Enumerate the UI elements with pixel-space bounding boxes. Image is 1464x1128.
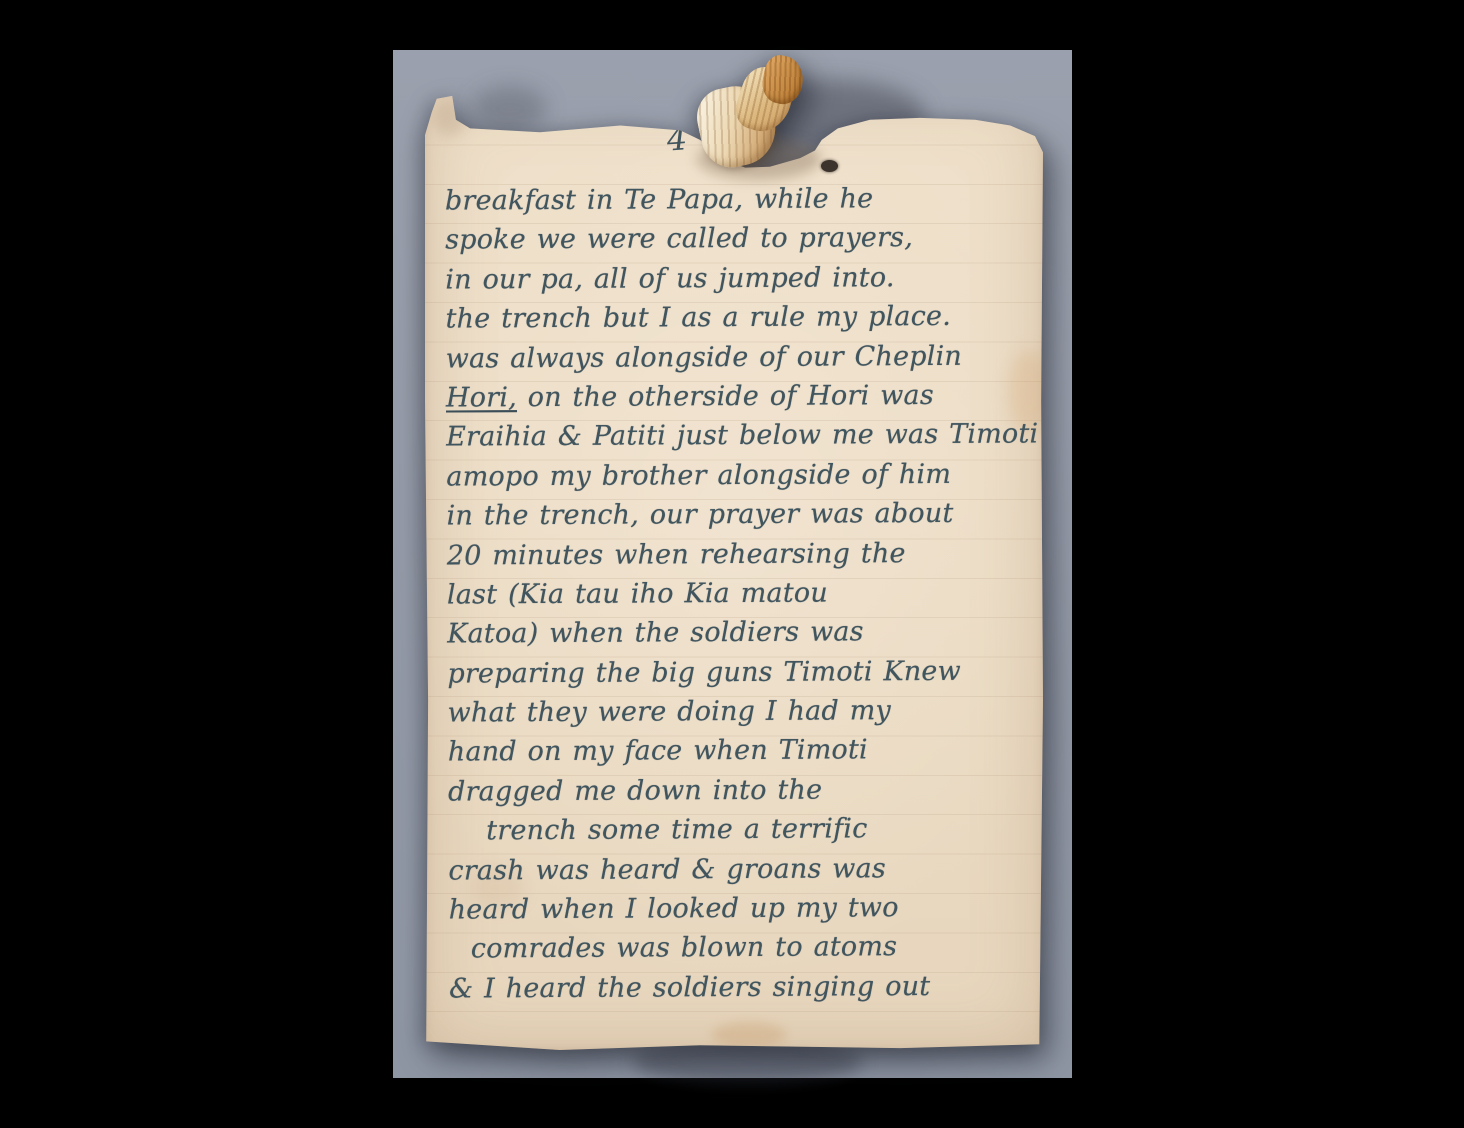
manuscript-line: in our pa, all of us jumped into. — [445, 257, 1031, 299]
text-segment: what they were doing I had my — [448, 695, 891, 728]
manuscript-line: comrades was blown to atoms — [449, 927, 1035, 969]
text-segment: crash was heard & groans was — [448, 853, 886, 886]
manuscript-line: last (Kia tau iho Kia matou — [447, 572, 1033, 614]
manuscript-line: trench some time a terrific — [448, 809, 1034, 851]
paper-sheet: 4 breakfast in Te Papa, while hespoke we… — [425, 92, 1043, 1050]
text-segment: & I heard the soldiers singing out — [449, 971, 930, 1005]
burn-spot — [821, 160, 838, 172]
text-segment: Katoa) when the soldiers was — [447, 617, 864, 650]
manuscript-line: was always alongside of our Cheplin — [446, 336, 1032, 378]
manuscript-line: 20 minutes when rehearsing the — [447, 533, 1033, 575]
text-segment: hand on my face when Timoti — [448, 735, 868, 768]
manuscript-page: 4 breakfast in Te Papa, while hespoke we… — [425, 92, 1043, 1050]
manuscript-text: breakfast in Te Papa, while hespoke we w… — [445, 178, 1035, 1008]
manuscript-line: what they were doing I had my — [448, 691, 1034, 733]
manuscript-line: Hori, on the otherside of Hori was — [446, 375, 1032, 417]
manuscript-line: the trench but I as a rule my place. — [445, 297, 1031, 339]
manuscript-line: dragged me down into the — [448, 769, 1034, 811]
text-segment: heard when I looked up my two — [449, 892, 899, 925]
text-segment: last (Kia tau iho Kia matou — [447, 577, 828, 610]
text-segment: preparing the big guns Timoti Knew — [447, 656, 961, 690]
paper-stain — [433, 100, 467, 136]
manuscript-line: spoke we were called to prayers, — [445, 218, 1031, 260]
text-segment: dragged me down into the — [448, 774, 822, 807]
text-segment: comrades was blown to atoms — [471, 932, 898, 965]
text-segment: spoke we were called to prayers, — [445, 222, 913, 255]
text-segment: 20 minutes when rehearsing the — [447, 538, 906, 571]
text-segment: breakfast in Te Papa, while he — [445, 183, 874, 216]
scanned-document-view: 4 breakfast in Te Papa, while hespoke we… — [0, 0, 1464, 1128]
paper-stain — [712, 1022, 786, 1048]
text-segment: the trench but I as a rule my place. — [445, 301, 951, 335]
text-segment: amopo my brother alongside of him — [446, 459, 951, 493]
text-segment: trench some time a terrific — [486, 814, 867, 847]
text-segment: Eraihia & Patiti just below me was Timot… — [446, 419, 1038, 453]
manuscript-line: & I heard the soldiers singing out — [449, 966, 1035, 1008]
manuscript-line: crash was heard & groans was — [448, 848, 1034, 890]
text-segment: was always alongside of our Cheplin — [446, 340, 962, 374]
text-segment: in our pa, all of us jumped into. — [445, 262, 894, 295]
manuscript-line: hand on my face when Timoti — [448, 730, 1034, 772]
manuscript-line: breakfast in Te Papa, while he — [445, 178, 1031, 220]
manuscript-line: Katoa) when the soldiers was — [447, 612, 1033, 654]
manuscript-line: Eraihia & Patiti just below me was Timot… — [446, 415, 1032, 457]
manuscript-line: in the trench, our prayer was about — [446, 494, 1032, 536]
text-segment: in the trench, our prayer was about — [447, 498, 954, 532]
manuscript-line: heard when I looked up my two — [449, 887, 1035, 929]
manuscript-line: preparing the big guns Timoti Knew — [447, 651, 1033, 693]
manuscript-line: amopo my brother alongside of him — [446, 454, 1032, 496]
underlined-word: Hori, — [446, 382, 517, 413]
text-segment: on the otherside of Hori was — [517, 380, 934, 413]
